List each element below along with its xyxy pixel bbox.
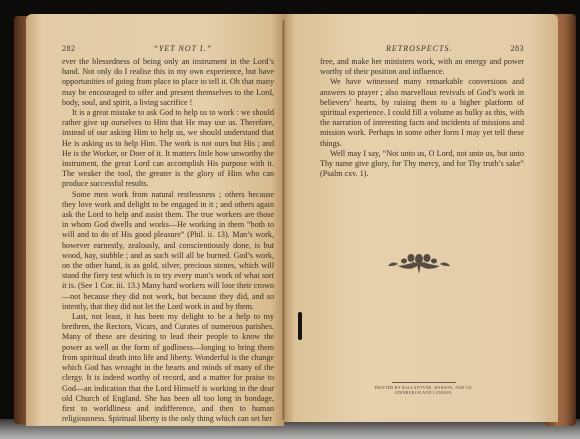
paragraph: free, and make her ministers work, with … [320, 57, 524, 77]
right-running-title: RETROSPECTS. [386, 44, 452, 53]
book-gutter [282, 20, 285, 420]
left-running-head: 282 “YET NOT I.” [62, 44, 274, 53]
left-page-body: ever the blessedness of being only an in… [62, 57, 274, 424]
right-page: RETROSPECTS. 283 free, and make her mini… [284, 14, 558, 422]
imprint-rule [392, 382, 456, 383]
paragraph: Well may I say, “Not unto us, O Lord, no… [320, 149, 524, 180]
left-page: 282 “YET NOT I.” ever the blessedness of… [26, 14, 284, 426]
binding-staple [298, 312, 302, 340]
printer-imprint: PRINTED BY BALLANTYNE, HANSON, AND CO. E… [364, 382, 484, 396]
imprint-line-2: EDINBURGH AND LONDON. [364, 391, 484, 396]
paragraph: Some men work from natural restlessness … [62, 190, 274, 312]
right-page-body: free, and make her ministers work, with … [320, 57, 524, 179]
paragraph: It is a great mistake to ask God to help… [62, 108, 274, 190]
right-page-number: 283 [511, 44, 525, 53]
left-running-title: “YET NOT I.” [153, 44, 212, 53]
left-page-number: 282 [62, 44, 76, 53]
paragraph: Last, not least, it has been my delight … [62, 312, 274, 424]
floral-ornament-icon [384, 250, 454, 276]
right-running-head: RETROSPECTS. 283 [320, 44, 524, 53]
paragraph: We have witnessed many remarkable conver… [320, 77, 524, 148]
paragraph: ever the blessedness of being only an in… [62, 57, 274, 108]
